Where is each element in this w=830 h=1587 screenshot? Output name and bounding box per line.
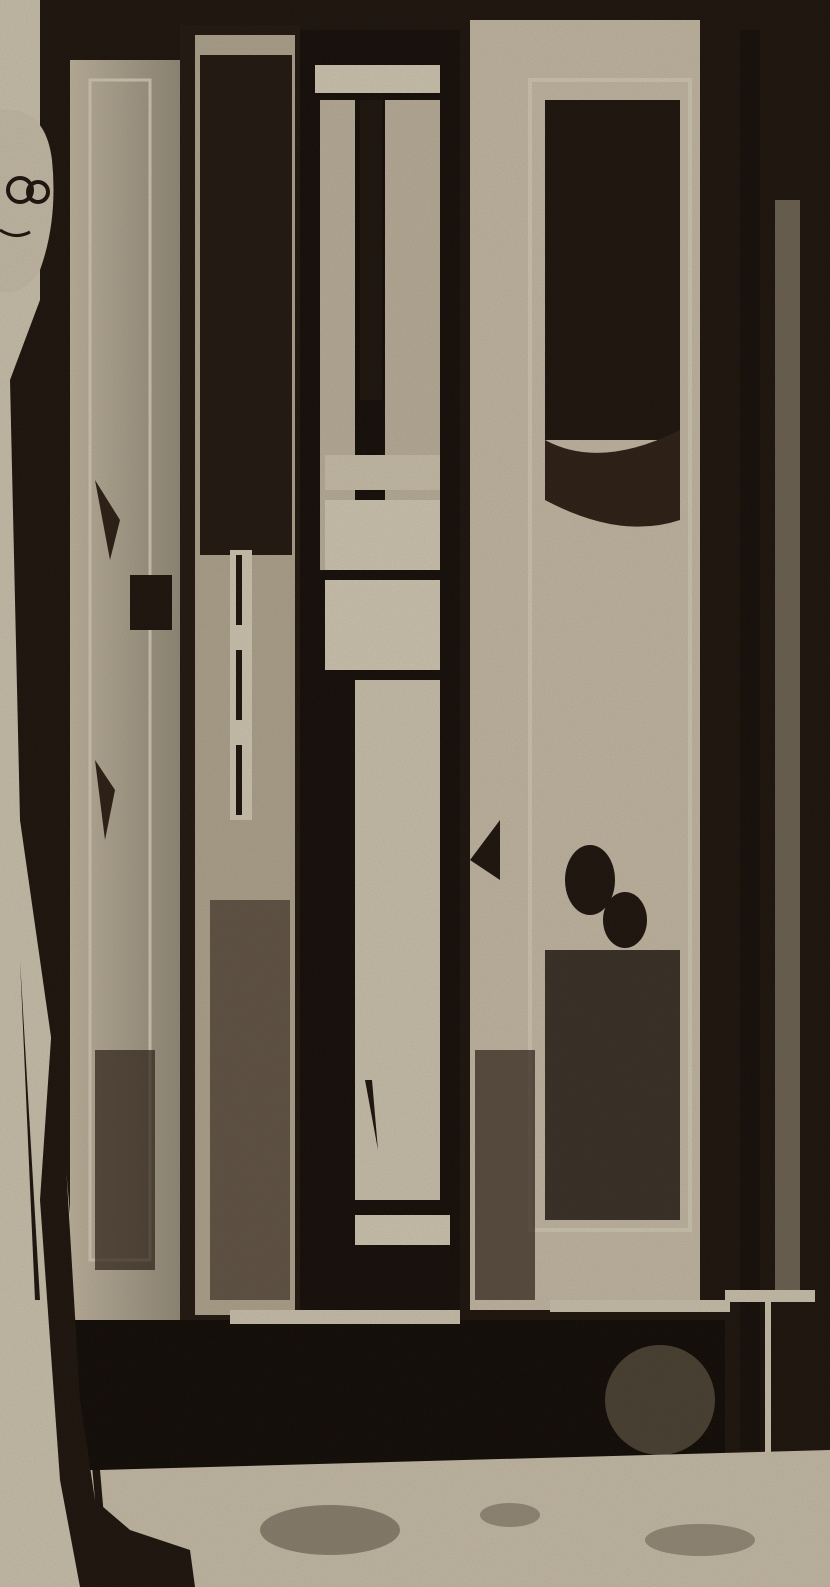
vintage-cabinet-photo <box>0 0 830 1587</box>
